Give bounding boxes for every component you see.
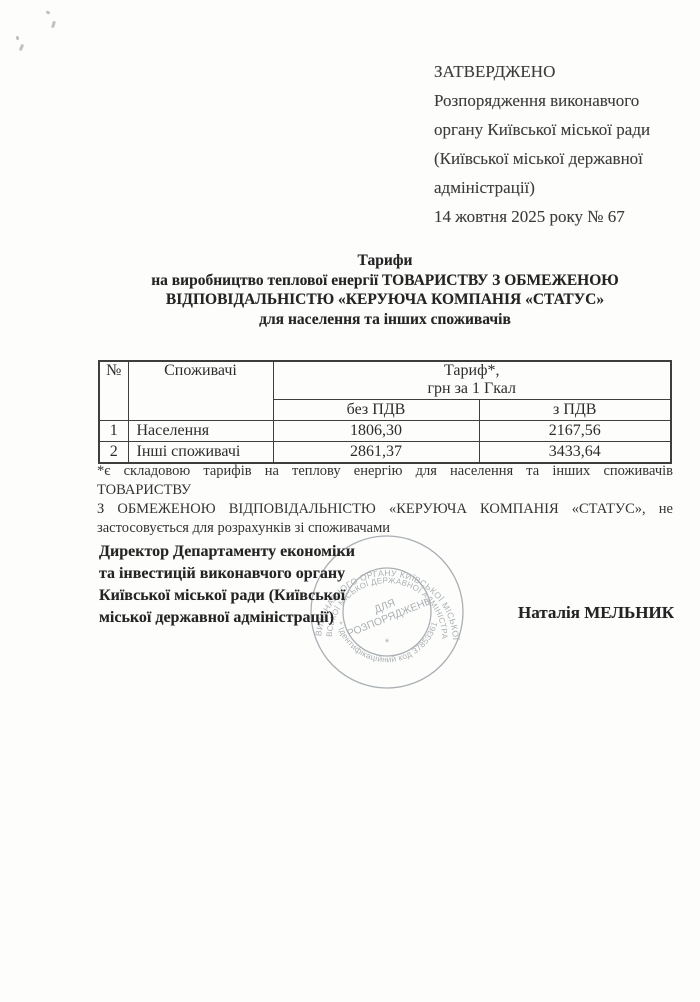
approval-line: органу Київської міської ради [434,115,686,144]
tariff-table: № Споживачі Тариф*, грн за 1 Гкал без ПД… [98,360,672,464]
scan-artifact [19,44,24,52]
signature-title-block: Директор Департаменту економіки та інвес… [99,541,389,629]
table-row: 1 Населення 1806,30 2167,56 [99,421,671,442]
signature-title-line: Директор Департаменту економіки [99,541,389,563]
approval-line: (Київської міської державної [434,144,686,173]
title-line: на виробництво теплової енергії ТОВАРИСТ… [98,271,672,291]
tariff-no-vat-cell: 1806,30 [273,421,479,442]
col-header-tariff: Тариф*, грн за 1 Гкал [273,361,671,400]
tariff-header-line: Тариф*, [278,362,667,380]
signatory-name: Наталія МЕЛЬНИК [518,603,674,623]
title-line: ВІДПОВІДАЛЬНІСТЮ «КЕРУЮЧА КОМПАНІЯ «СТАТ… [98,290,672,310]
title-line: для населення та інших споживачів [98,310,672,330]
document-title: Тарифи на виробництво теплової енергії Т… [98,251,672,329]
footnote-line: З ОБМЕЖЕНОЮ ВІДПОВІДАЛЬНІСТЮ «КЕРУЮЧА КО… [97,500,673,519]
col-header-vat: з ПДВ [479,400,671,421]
signature-title-line: та інвестицій виконавчого органу [99,563,389,585]
signature-title-line: Київської міської ради (Київської [99,585,389,607]
tariff-vat-cell: 3433,64 [479,442,671,464]
signature-title-line: міської державної адміністрації) [99,607,389,629]
col-header-consumers: Споживачі [128,361,273,421]
tariff-no-vat-cell: 2861,37 [273,442,479,464]
scan-artifact [51,21,56,29]
approval-line: ЗАТВЕРДЖЕНО [434,57,686,86]
stamp-star: * [385,637,390,649]
approval-line: Розпорядження виконавчого [434,86,686,115]
footnote-line: *є складовою тарифів на теплову енергію … [97,462,673,500]
footnote: *є складовою тарифів на теплову енергію … [97,462,673,538]
scan-artifact [46,10,51,14]
approval-block: ЗАТВЕРДЖЕНО Розпорядження виконавчого ор… [434,57,686,231]
consumer-cell: Інші споживачі [128,442,273,464]
table-row: 2 Інші споживачі 2861,37 3433,64 [99,442,671,464]
row-number: 1 [99,421,128,442]
approval-date: 14 жовтня 2025 року № 67 [434,202,686,231]
col-header-no-vat: без ПДВ [273,400,479,421]
document-page: ЗАТВЕРДЖЕНО Розпорядження виконавчого ор… [0,0,700,1002]
title-line: Тарифи [98,251,672,271]
row-number: 2 [99,442,128,464]
consumer-cell: Населення [128,421,273,442]
table-header-row: № Споживачі Тариф*, грн за 1 Гкал [99,361,671,400]
tariff-header-line: грн за 1 Гкал [278,380,667,398]
approval-line: адміністрації) [434,173,686,202]
col-header-number: № [99,361,128,421]
scan-artifact [16,36,20,40]
tariff-vat-cell: 2167,56 [479,421,671,442]
